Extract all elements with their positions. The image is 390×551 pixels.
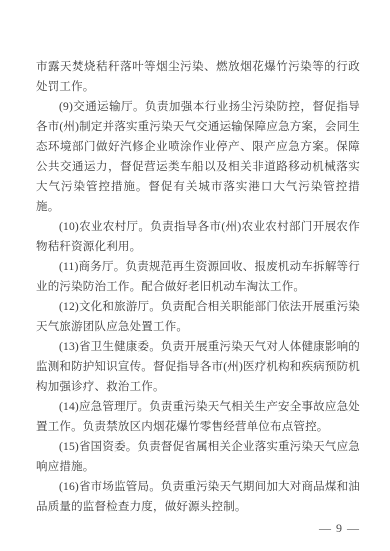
para-item-16: (16)省市场监管局。负责重污染天气期间加大对商品煤和油品质量的监督检查力度，做… <box>36 477 360 517</box>
para-item-10: (10)农业农村厅。负责指导各市(州)农业农村部门开展农作物秸秆资源化利用。 <box>36 217 360 257</box>
para-continuation: 市露天焚烧秸秆落叶等烟尘污染、燃放烟花爆竹污染等的行政处罚工作。 <box>36 57 360 97</box>
para-item-12: (12)文化和旅游厅。负责配合相关职能部门依法开展重污染天气旅游团队应急处置工作… <box>36 297 360 337</box>
para-item-9: (9)交通运输厅。负责加强本行业扬尘污染防控，督促指导各市(州)制定并落实重污染… <box>36 97 360 217</box>
para-item-11: (11)商务厅。负责规范再生资源回收、报废机动车拆解等行业的污染防治工作。配合做… <box>36 257 360 297</box>
para-item-15: (15)省国资委。负责督促省属相关企业落实重污染天气应急响应措施。 <box>36 437 360 477</box>
document-page: 市露天焚烧秸秆落叶等烟尘污染、燃放烟花爆竹污染等的行政处罚工作。 (9)交通运输… <box>0 0 390 551</box>
para-item-13: (13)省卫生健康委。负责开展重污染天气对人体健康影响的监测和防护知识宣传。督促… <box>36 337 360 397</box>
document-body: 市露天焚烧秸秆落叶等烟尘污染、燃放烟花爆竹污染等的行政处罚工作。 (9)交通运输… <box>36 57 360 517</box>
para-item-14: (14)应急管理厅。负责重污染天气相关生产安全事故应急处置工作。负责禁放区内烟花… <box>36 397 360 437</box>
page-number: — 9 — <box>36 519 360 537</box>
